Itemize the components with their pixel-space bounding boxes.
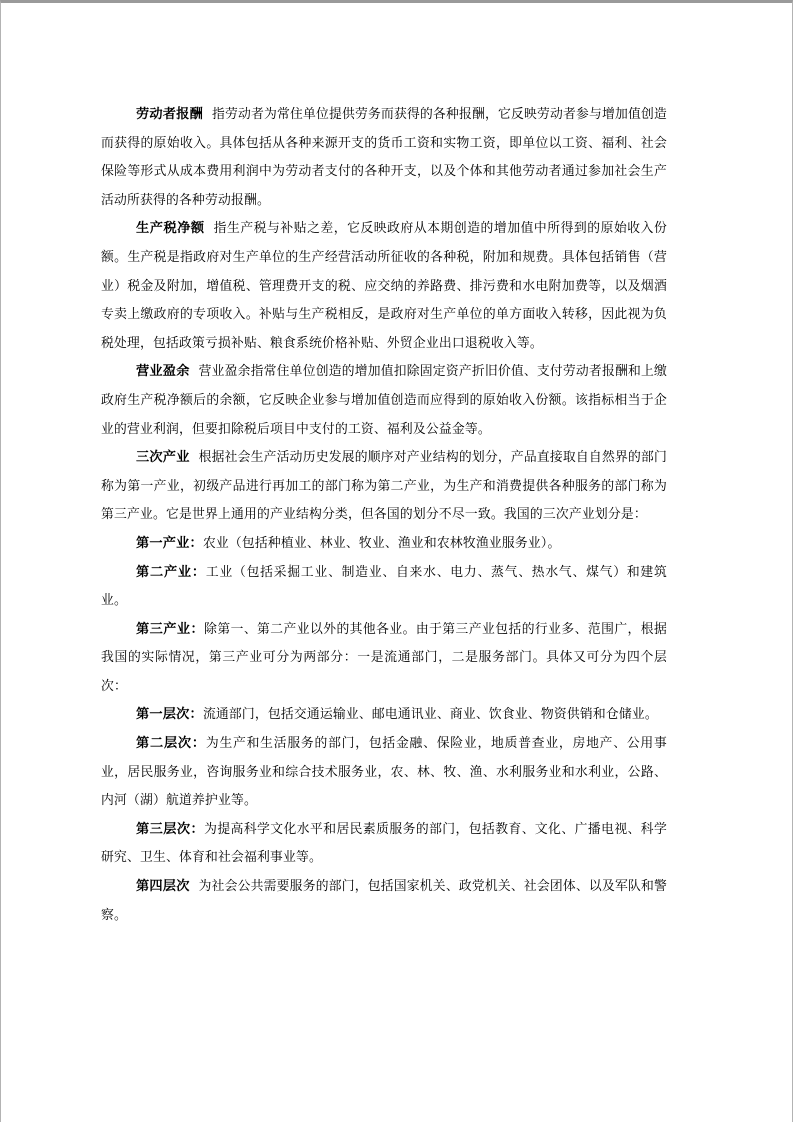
term-heading: 第一层次： [136, 706, 203, 721]
term-definition: 流通部门，包括交通运输业、邮电通讯业、商业、饮食业、物资供销和仓储业。 [203, 707, 658, 721]
definition-paragraph: 三次产业根据社会生产活动历史发展的顺序对产业结构的划分，产品直接取自自然界的部门… [101, 443, 667, 529]
term-definition: 指劳动者为常住单位提供劳务而获得的各种报酬，它反映劳动者参与增加值创造而获得的原… [101, 107, 667, 207]
term-heading: 第二产业： [136, 564, 206, 579]
definition-paragraph: 第三层次：为提高科学文化水平和居民素质服务的部门，包括教育、文化、广播电视、科学… [101, 815, 667, 872]
definition-paragraph: 第二产业：工业（包括采掘工业、制造业、自来水、电力、蒸气、热水气、煤气）和建筑业… [101, 558, 667, 615]
definition-paragraph: 第三产业：除第一、第二产业以外的其他各业。由于第三产业包括的行业多、范围广，根据… [101, 615, 667, 701]
definition-paragraph: 第一产业：农业（包括种植业、林业、牧业、渔业和农林牧渔业服务业）。 [101, 529, 667, 558]
definition-paragraph: 生产税净额指生产税与补贴之差，它反映政府从本期创造的增加值中所得到的原始收入份额… [101, 214, 667, 357]
definition-paragraph: 第四层次为社会公共需要服务的部门，包括国家机关、政党机关、社会团体、以及军队和警… [101, 872, 667, 929]
term-heading: 营业盈余 [136, 363, 190, 378]
term-heading: 生产税净额 [136, 220, 205, 235]
term-definition: 农业（包括种植业、林业、牧业、渔业和农林牧渔业服务业）。 [203, 536, 561, 550]
term-heading: 第一产业： [136, 535, 203, 550]
document-text-block: 劳动者报酬指劳动者为常住单位提供劳务而获得的各种报酬，它反映劳动者参与增加值创造… [101, 100, 667, 929]
term-heading: 第三产业： [136, 621, 204, 636]
term-heading: 三次产业 [136, 449, 190, 464]
definition-paragraph: 劳动者报酬指劳动者为常住单位提供劳务而获得的各种报酬，它反映劳动者参与增加值创造… [101, 100, 667, 214]
document-page: 劳动者报酬指劳动者为常住单位提供劳务而获得的各种报酬，它反映劳动者参与增加值创造… [0, 0, 793, 1122]
definition-paragraph: 营业盈余营业盈余指常住单位创造的增加值扣除固定资产折旧价值、支付劳动者报酬和上缴… [101, 357, 667, 443]
term-heading: 第二层次： [136, 735, 206, 750]
term-heading: 劳动者报酬 [136, 106, 203, 121]
definition-paragraph: 第二层次：为生产和生活服务的部门，包括金融、保险业，地质普查业，房地产、公用事业… [101, 729, 667, 815]
term-definition: 指生产税与补贴之差，它反映政府从本期创造的增加值中所得到的原始收入份额。生产税是… [101, 221, 667, 349]
term-heading: 第四层次 [136, 878, 190, 893]
term-heading: 第三层次： [136, 821, 204, 836]
definition-paragraph: 第一层次：流通部门，包括交通运输业、邮电通讯业、商业、饮食业、物资供销和仓储业。 [101, 700, 667, 729]
